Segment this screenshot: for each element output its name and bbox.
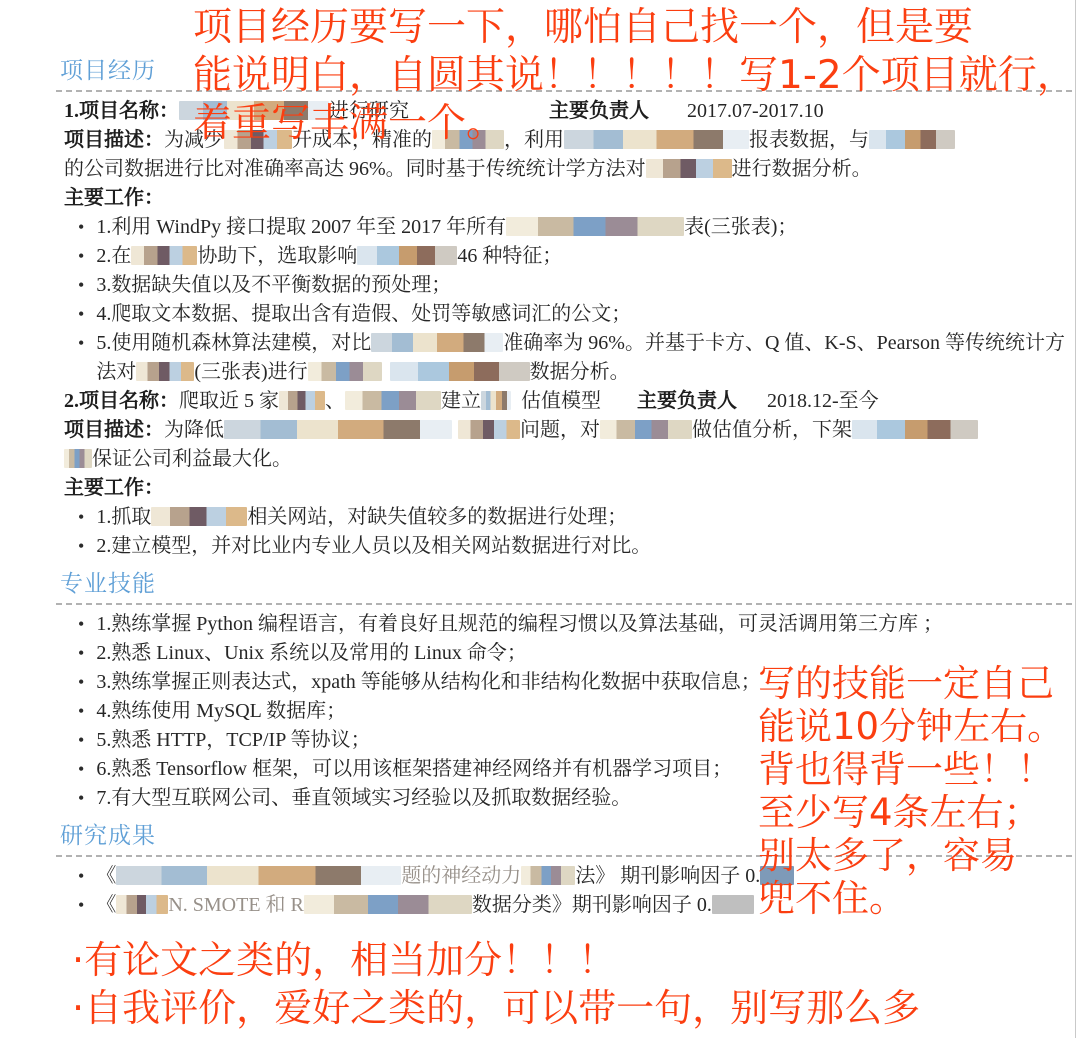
text-run: 《 bbox=[96, 865, 116, 887]
text-run: 2.在 bbox=[96, 245, 131, 267]
text-line: 2.项目名称：爬取近 5 家、建立估值模型主要负责人2018.12-至今 bbox=[64, 387, 1072, 416]
line-content: 2.在协助下，选取影响46 种特征； bbox=[96, 242, 1072, 271]
faint-text: 题的神经动力 bbox=[401, 865, 521, 887]
line-content: 保证公司利益最大化。 bbox=[64, 448, 292, 470]
label-text: 项目描述： bbox=[64, 419, 164, 441]
annotation-line: 能说明白，自圆其说！！！！！写1-2个项目就行， bbox=[193, 52, 1076, 100]
redacted-block bbox=[852, 420, 978, 439]
bullet-dot: • bbox=[78, 668, 84, 697]
annotation-line: 至少写4条左右； bbox=[758, 791, 1064, 834]
line-content: 1.熟练掌握 Python 编程语言，有着良好且规范的编程习惯以及算法基础，可灵… bbox=[96, 610, 1072, 639]
bullet-dot: • bbox=[78, 784, 84, 813]
line-content: 主要工作： bbox=[64, 477, 164, 499]
text-run: 为降低 bbox=[164, 419, 224, 441]
redacted-block bbox=[116, 866, 401, 885]
text-line: 保证公司利益最大化。 bbox=[64, 445, 1072, 474]
label-text: 项目描述： bbox=[64, 129, 164, 151]
redacted-block bbox=[646, 159, 732, 178]
redacted-block bbox=[224, 420, 452, 439]
section-divider bbox=[56, 603, 1072, 605]
text-line: 项目描述：为降低问题，对做估值分析，下架 bbox=[64, 416, 1072, 445]
line-content: 1.抓取相关网站，对缺失值较多的数据进行处理； bbox=[96, 503, 1072, 532]
label-text: 主要负责人 bbox=[637, 390, 737, 412]
text-run: 4.爬取文本数据、提取出含有造假、处罚等敏感词汇的公文； bbox=[96, 303, 631, 325]
page-right-edge bbox=[1075, 0, 1076, 1038]
line-content: 主要工作： bbox=[64, 187, 164, 209]
annotation-line: 能说10分钟左右。 bbox=[758, 705, 1064, 748]
annotation-line: 着重写丰满一个。 bbox=[193, 100, 1076, 148]
bullet-dot: • bbox=[78, 532, 84, 561]
annotation-line: ·有论文之类的，相当加分！！！ bbox=[72, 936, 920, 984]
text-line: 的公司数据进行比对准确率高达 96%。同时基于传统统计学方法对进行数据分析。 bbox=[64, 155, 1072, 184]
line-content: 的公司数据进行比对准确率高达 96%。同时基于传统统计学方法对进行数据分析。 bbox=[64, 158, 872, 180]
bullet-item: •2.在协助下，选取影响46 种特征； bbox=[64, 242, 1072, 271]
bullet-dot: • bbox=[78, 271, 84, 300]
redacted-block bbox=[308, 362, 382, 381]
label-text: 1.项目名称： bbox=[64, 100, 179, 122]
text-run: 问题，对 bbox=[520, 419, 600, 441]
section-title: 专业技能 bbox=[60, 569, 1072, 599]
redacted-block bbox=[521, 866, 575, 885]
line-content: 3.数据缺失值以及不平衡数据的预处理； bbox=[96, 271, 1072, 300]
redacted-block bbox=[390, 362, 530, 381]
redacted-block bbox=[506, 217, 684, 236]
bullet-item: •5.使用随机森林算法建模，对比准确率为 96%。并基于卡方、Q 值、K-S、P… bbox=[64, 329, 1072, 387]
bullet-dot: • bbox=[78, 213, 84, 242]
line-content: 4.爬取文本数据、提取出含有造假、处罚等敏感词汇的公文； bbox=[96, 300, 1072, 329]
text-run: 进行数据分析。 bbox=[732, 158, 872, 180]
label-text: 主要工作： bbox=[64, 477, 164, 499]
bullet-dot: • bbox=[78, 697, 84, 726]
bullet-dot: • bbox=[78, 300, 84, 329]
annotation-line: 背也得背一些！！ bbox=[758, 748, 1064, 791]
text-run: 建立 bbox=[441, 390, 481, 412]
line-content: 5.使用随机森林算法建模，对比准确率为 96%。并基于卡方、Q 值、K-S、Pe… bbox=[96, 329, 1072, 387]
line-content: 2.项目名称：爬取近 5 家、建立估值模型主要负责人2018.12-至今 bbox=[64, 390, 879, 412]
text-run: 2.熟悉 Linux、Unix 系统以及常用的 Linux 命令； bbox=[96, 642, 527, 664]
redacted-block bbox=[116, 895, 168, 914]
bullet-dot: • bbox=[78, 862, 84, 891]
text-run: (三张表)进行 bbox=[194, 361, 307, 383]
text-line: 主要工作： bbox=[64, 474, 1072, 503]
text-run: 3.熟练掌握正则表达式，xpath 等能够从结构化和非结构化数据中获取信息； bbox=[96, 671, 760, 693]
text-run: 1.熟练掌握 Python 编程语言，有着良好且规范的编程习惯以及算法基础，可灵… bbox=[96, 613, 943, 635]
text-run: 4.熟练使用 MySQL 数据库； bbox=[96, 700, 346, 722]
spacer bbox=[737, 406, 767, 407]
annotation-line: 兜不住。 bbox=[758, 877, 1064, 920]
text-run: 做估值分析，下架 bbox=[692, 419, 852, 441]
bullet-dot: • bbox=[78, 503, 84, 532]
redacted-block bbox=[131, 246, 197, 265]
bullet-item: •2.建立模型，并对比业内专业人员以及相关网站数据进行对比。 bbox=[64, 532, 1072, 561]
bullet-dot: • bbox=[78, 891, 84, 920]
spacer bbox=[601, 406, 637, 407]
text-run: 6.熟悉 Tensorflow 框架，可以用该框架搭建神经网络并有机器学习项目； bbox=[96, 758, 732, 780]
redacted-block bbox=[458, 420, 520, 439]
annotation-right: 写的技能一定自己 能说10分钟左右。 背也得背一些！！ 至少写4条左右； 别太多… bbox=[758, 662, 1064, 920]
redacted-block bbox=[304, 895, 472, 914]
redacted-block bbox=[371, 333, 503, 352]
text-run: 爬取近 5 家 bbox=[179, 390, 279, 412]
bullet-dot: • bbox=[78, 726, 84, 755]
text-run: 数据分类》期刊影响因子 0. bbox=[472, 894, 712, 916]
annotation-line: 别太多了，容易 bbox=[758, 834, 1064, 877]
text-run: 相关网站，对缺失值较多的数据进行处理； bbox=[247, 506, 627, 528]
text-run: 7.有大型互联网公司、垂直领域实习经验以及抓取数据经验。 bbox=[96, 787, 631, 809]
text-run: 1.抓取 bbox=[96, 506, 151, 528]
annotation-line: 写的技能一定自己 bbox=[758, 662, 1064, 705]
text-run: 表(三张表)； bbox=[684, 216, 797, 238]
text-run: 5.熟悉 HTTP，TCP/IP 等协议； bbox=[96, 729, 370, 751]
text-run: 法》 期刊影响因子 0. bbox=[575, 865, 760, 887]
text-run: 保证公司利益最大化。 bbox=[92, 448, 292, 470]
spacer bbox=[511, 406, 521, 407]
text-run: 《 bbox=[96, 894, 116, 916]
redacted-block bbox=[64, 449, 92, 468]
redacted-block bbox=[151, 507, 247, 526]
text-run: 2018.12-至今 bbox=[767, 390, 879, 412]
bullet-item: •4.爬取文本数据、提取出含有造假、处罚等敏感词汇的公文； bbox=[64, 300, 1072, 329]
bullet-item: •1.抓取相关网站，对缺失值较多的数据进行处理； bbox=[64, 503, 1072, 532]
faint-text: N. SMOTE 和 R bbox=[168, 894, 304, 916]
redacted-block bbox=[600, 420, 692, 439]
text-run: 估值模型 bbox=[521, 390, 601, 412]
bullet-item: •3.数据缺失值以及不平衡数据的预处理； bbox=[64, 271, 1072, 300]
line-content: 1.利用 WindPy 接口提取 2007 年至 2017 年所有表(三张表)； bbox=[96, 213, 1072, 242]
text-run: 1.利用 WindPy 接口提取 2007 年至 2017 年所有 bbox=[96, 216, 506, 238]
bullet-dot: • bbox=[78, 610, 84, 639]
text-run: 、 bbox=[325, 390, 345, 412]
text-run: 3.数据缺失值以及不平衡数据的预处理； bbox=[96, 274, 451, 296]
text-run: 5.使用随机森林算法建模，对比 bbox=[96, 332, 371, 354]
label-text: 2.项目名称： bbox=[64, 390, 179, 412]
redacted-block bbox=[136, 362, 194, 381]
spacer bbox=[382, 377, 390, 378]
redacted-block bbox=[345, 391, 441, 410]
label-text: 主要工作： bbox=[64, 187, 164, 209]
text-run: 的公司数据进行比对准确率高达 96%。同时基于传统统计学方法对 bbox=[64, 158, 646, 180]
bullet-dot: • bbox=[78, 755, 84, 784]
text-line: 主要工作： bbox=[64, 184, 1072, 213]
line-content: 2.建立模型，并对比业内专业人员以及相关网站数据进行对比。 bbox=[96, 532, 1072, 561]
annotation-top: 项目经历要写一下，哪怕自己找一个，但是要 能说明白，自圆其说！！！！！写1-2个… bbox=[193, 4, 1076, 148]
line-content: 项目描述：为降低问题，对做估值分析，下架 bbox=[64, 419, 978, 441]
bullet-dot: • bbox=[78, 639, 84, 668]
bullet-dot: • bbox=[78, 329, 84, 387]
redacted-block bbox=[357, 246, 457, 265]
annotation-line: ·自我评价，爱好之类的，可以带一句，别写那么多 bbox=[72, 984, 920, 1032]
text-run: 数据分析。 bbox=[530, 361, 630, 383]
annotation-line: 项目经历要写一下，哪怕自己找一个，但是要 bbox=[193, 4, 1076, 52]
bullet-item: •1.利用 WindPy 接口提取 2007 年至 2017 年所有表(三张表)… bbox=[64, 213, 1072, 242]
bullet-item: •1.熟练掌握 Python 编程语言，有着良好且规范的编程习惯以及算法基础，可… bbox=[64, 610, 1072, 639]
resume-screenshot: { "colors": { "annotation": "#fb3e10", "… bbox=[0, 0, 1080, 1038]
redacted-block bbox=[481, 391, 511, 410]
redacted-block bbox=[279, 391, 325, 410]
redacted-block bbox=[712, 895, 754, 914]
annotation-bottom: ·有论文之类的，相当加分！！！ ·自我评价，爱好之类的，可以带一句，别写那么多 bbox=[72, 936, 920, 1032]
bullet-dot: • bbox=[78, 242, 84, 271]
text-run: 协助下，选取影响 bbox=[197, 245, 357, 267]
text-run: 46 种特征； bbox=[457, 245, 562, 267]
text-run: 2.建立模型，并对比业内专业人员以及相关网站数据进行对比。 bbox=[96, 535, 651, 557]
